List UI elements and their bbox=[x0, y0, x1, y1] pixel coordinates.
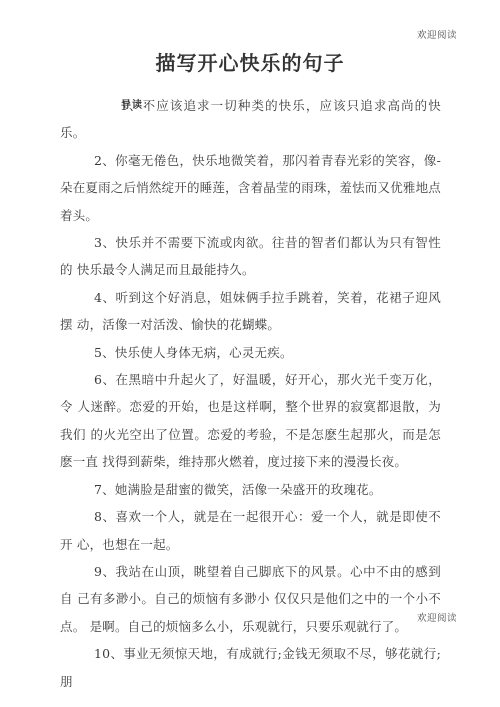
sentence-paragraph: 8、喜欢一个人，就是在一起很开心：爱一个人，就是即使不开 心，也想在一起。 bbox=[60, 503, 441, 558]
sentence-paragraph: 7、她满脸是甜蜜的微笑，活像一朵盛开的玫瑰花。 bbox=[60, 476, 441, 503]
footer-note: 欢迎阅读 bbox=[417, 610, 457, 624]
sentence-paragraph: 9、我站在山顶，眺望着自己脚底下的风景。心中不由的感到自 己有多渺小。自己的烦恼… bbox=[60, 558, 441, 640]
sentence-paragraph: 3、快乐并不需要下流或肉欲。往昔的智者们都认为只有智性的 快乐最令人满足而且最能… bbox=[60, 229, 441, 284]
sentence-paragraph: 4、听到这个好消息，姐妹俩手拉手跳着，笑着，花裙子迎风摆 动，活像一对活泼、愉快… bbox=[60, 284, 441, 339]
sentence-paragraph: 6、在黑暗中升起火了，好温暖，好开心，那火光千变万化，令 人迷醉。恋爱的开始，也… bbox=[60, 366, 441, 476]
header-note: 欢迎阅读 bbox=[417, 27, 457, 41]
sentence-paragraph: 10、事业无须惊天地，有成就行;金钱无须取不尽，够花就行;朋 bbox=[60, 640, 441, 695]
lead-label: 导读： bbox=[61, 92, 154, 119]
page-title: 描写开心快乐的句子 bbox=[0, 47, 500, 76]
sentence-paragraph: 2、你毫无倦色，快乐地微笑着，那闪着青春光彩的笑容，像- 朵在夏雨之后悄然绽开的… bbox=[60, 147, 441, 229]
lead-paragraph: 导读： 1、不应该追求一切种类的快乐，应该只追求高尚的快乐。 bbox=[60, 92, 441, 147]
sentence-paragraph: 5、快乐使人身体无病，心灵无疾。 bbox=[60, 339, 441, 366]
document-page: 欢迎阅读 描写开心快乐的句子 导读： 1、不应该追求一切种类的快乐，应该只追求高… bbox=[0, 0, 500, 707]
document-body: 导读： 1、不应该追求一切种类的快乐，应该只追求高尚的快乐。 2、你毫无倦色，快… bbox=[60, 92, 441, 695]
